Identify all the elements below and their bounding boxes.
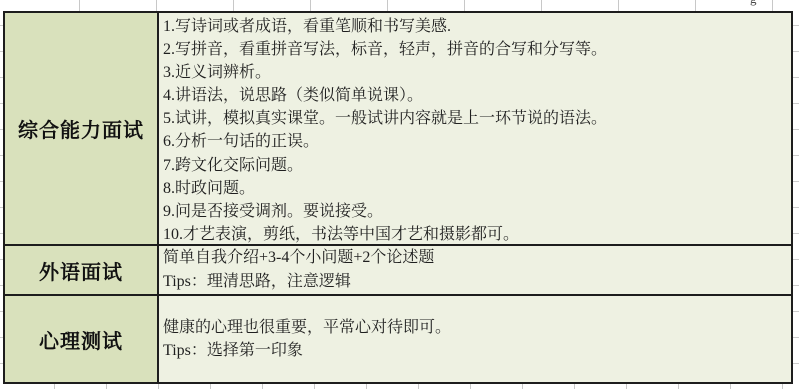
content-line: 4.讲语法，说思路（类似简单说课）。 — [163, 84, 791, 107]
content-line: 10.才艺表演，剪纸，书法等中国才艺和摄影都可。 — [163, 223, 791, 244]
content-line: 健康的心理也很重要，平常心对待即可。 — [163, 316, 791, 339]
content-cell-comprehensive-interview[interactable]: 1.写诗词或者成语，看重笔顺和书写美感.2.写拼音，看重拼音写法，标音，轻声，拼… — [159, 13, 791, 244]
interview-notes-table: 综合能力面试 1.写诗词或者成语，看重笔顺和书写美感.2.写拼音，看重拼音写法，… — [3, 11, 793, 384]
content-line: 1.写诗词或者成语，看重笔顺和书写美感. — [163, 15, 791, 38]
sheet-gridlines-bottom — [0, 384, 799, 389]
content-line: 5.试讲，模拟真实课堂。一般试讲内容就是上一环节说的语法。 — [163, 107, 791, 130]
content-line: 2.写拼音，看重拼音写法，标音，轻声，拼音的合写和分写等。 — [163, 38, 791, 61]
sheet-gridlines-top: g — [0, 0, 799, 11]
sheet-gridlines-right — [793, 0, 799, 389]
content-line: 3.近义词辨析。 — [163, 61, 791, 84]
content-line: Tips：理清思路，注意逻辑 — [163, 270, 791, 294]
content-cell-foreign-language-interview[interactable]: 简单自我介绍+3-4个小问题+2个论述题Tips：理清思路，注意逻辑 — [159, 244, 791, 294]
row-header-comprehensive-interview[interactable]: 综合能力面试 — [5, 13, 159, 244]
row-header-foreign-language-interview[interactable]: 外语面试 — [5, 244, 159, 294]
content-line: 9.问是否接受调剂。要说接受。 — [163, 200, 791, 223]
content-line: Tips：选择第一印象 — [163, 339, 791, 362]
content-line: 7.跨文化交际问题。 — [163, 154, 791, 177]
content-line: 6.分析一句话的正误。 — [163, 130, 791, 153]
content-line: 简单自我介绍+3-4个小问题+2个论述题 — [163, 246, 791, 270]
spreadsheet-view: g 综合能力面试 1.写诗词或者成语，看重笔顺和书写美感.2.写拼音，看重拼音写… — [0, 0, 799, 389]
content-cell-psychological-test[interactable]: 健康的心理也很重要，平常心对待即可。Tips：选择第一印象 — [159, 294, 791, 382]
clipped-text-artifact: g — [750, 0, 757, 7]
content-line: 8.时政问题。 — [163, 177, 791, 200]
row-header-psychological-test[interactable]: 心理测试 — [5, 294, 159, 382]
